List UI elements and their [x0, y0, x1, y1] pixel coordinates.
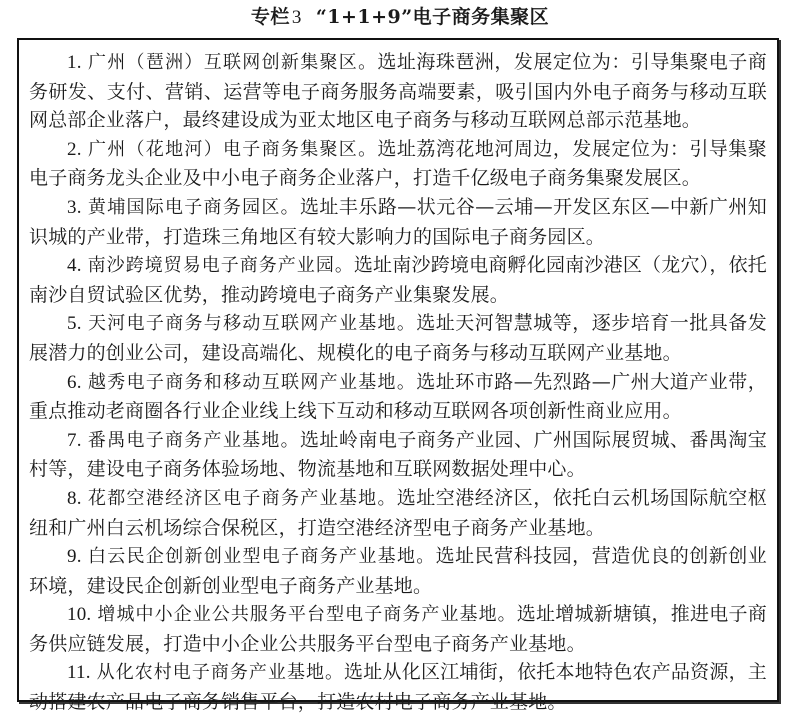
list-item: 8.花都空港经济区电子商务产业基地。选址空港经济区，依托白云机场国际航空枢纽和广…	[29, 484, 767, 542]
item-name: 番禺电子商务产业基地。	[88, 430, 300, 451]
item-index: 10.	[67, 604, 91, 625]
item-index: 11.	[67, 662, 91, 683]
title-prefix: 专栏	[251, 6, 290, 28]
item-name: 广州（花地河）电子商务集聚区。	[88, 139, 378, 160]
item-name: 黄埔国际电子商务园区。	[88, 197, 300, 218]
item-name: 越秀电子商务和移动互联网产业基地。	[88, 372, 417, 393]
list-item: 6.越秀电子商务和移动互联网产业基地。选址环市路—先烈路—广州大道产业带，重点推…	[29, 368, 767, 426]
list-item: 5.天河电子商务与移动互联网产业基地。选址天河智慧城等，逐步培育一批具备发展潜力…	[29, 309, 767, 367]
list-item: 3.黄埔国际电子商务园区。选址丰乐路—状元谷—云埔—开发区东区—中新广州知识城的…	[29, 193, 767, 251]
item-name: 天河电子商务与移动互联网产业基地。	[88, 313, 417, 334]
item-name: 花都空港经济区电子商务产业基地。	[88, 488, 397, 509]
list-item: 2.广州（花地河）电子商务集聚区。选址荔湾花地河周边，发展定位为：引导集聚电子商…	[29, 135, 767, 193]
box-title: 专栏3“1+1+9”电子商务集聚区	[0, 4, 800, 31]
title-number: 3	[292, 7, 302, 28]
item-name: 南沙跨境贸易电子商务产业园。	[88, 255, 354, 276]
item-index: 1.	[67, 52, 82, 73]
item-index: 7.	[67, 430, 82, 451]
item-name: 从化农村电子商务产业基地。	[97, 662, 344, 683]
list-item: 11.从化农村电子商务产业基地。选址从化区江埔街，依托本地特色农产品资源，主动搭…	[29, 658, 767, 716]
item-index: 9.	[67, 546, 82, 567]
item-index: 3.	[67, 197, 82, 218]
item-name: 增城中小企业公共服务平台型电子商务产业基地。	[97, 604, 516, 625]
item-index: 4.	[67, 255, 82, 276]
item-name: 广州（琶洲）互联网创新集聚区。	[88, 52, 378, 73]
content-box: 1.广州（琶洲）互联网创新集聚区。选址海珠琶洲，发展定位为：引导集聚电子商务研发…	[17, 38, 779, 702]
list-item: 9.白云民企创新创业型电子商务产业基地。选址民营科技园，营造优良的创新创业环境，…	[29, 542, 767, 600]
list-item: 4.南沙跨境贸易电子商务产业园。选址南沙跨境电商孵化园南沙港区（龙穴），依托南沙…	[29, 251, 767, 309]
item-index: 6.	[67, 372, 82, 393]
item-index: 2.	[67, 139, 82, 160]
item-index: 8.	[67, 488, 82, 509]
title-text: “1+1+9”电子商务集聚区	[316, 6, 549, 28]
list-item: 1.广州（琶洲）互联网创新集聚区。选址海珠琶洲，发展定位为：引导集聚电子商务研发…	[29, 48, 767, 135]
item-name: 白云民企创新创业型电子商务产业基地。	[88, 546, 436, 567]
list-item: 7.番禺电子商务产业基地。选址岭南电子商务产业园、广州国际展贸城、番禺淘宝村等，…	[29, 426, 767, 484]
list-item: 10.增城中小企业公共服务平台型电子商务产业基地。选址增城新塘镇，推进电子商务供…	[29, 600, 767, 658]
item-index: 5.	[67, 313, 82, 334]
